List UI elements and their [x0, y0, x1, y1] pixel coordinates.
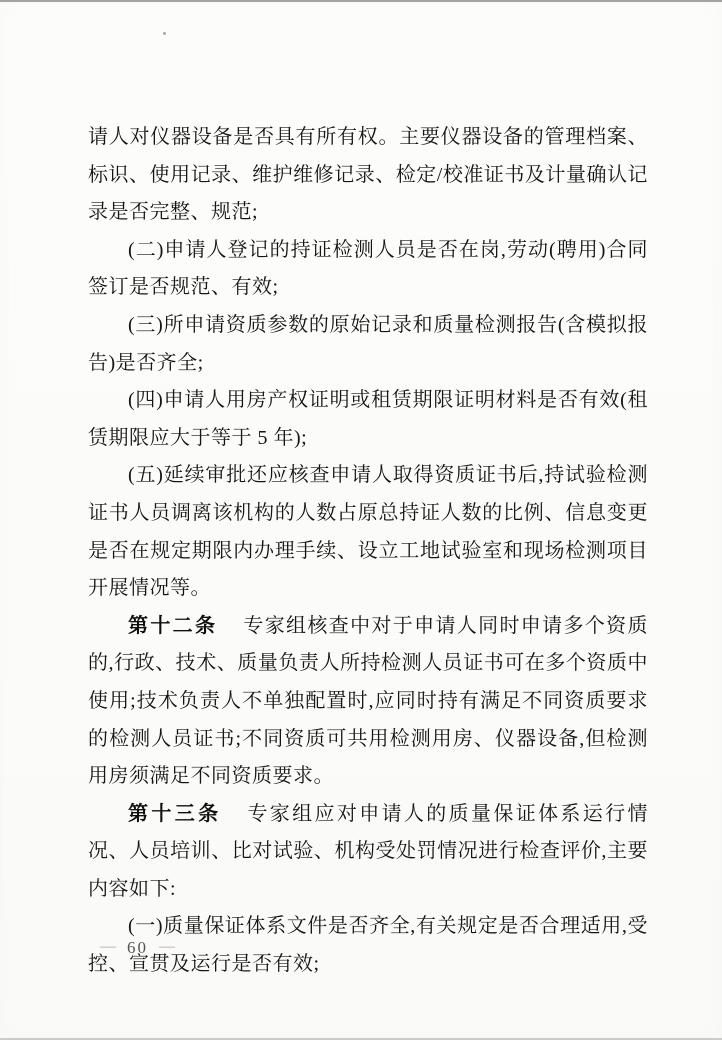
article-12-paragraph: 第十二条专家组核查中对于申请人同时申请多个资质的,行政、技术、质量负责人所持检测…: [88, 608, 648, 796]
document-text-block: 请人对仪器设备是否具有所有权。主要仪器设备的管理档案、标识、使用记录、维护维修记…: [88, 119, 648, 984]
clause-item-4: (四)申请人用房产权证明或租赁期限证明材料是否有效(租赁期限应大于等于 5 年)…: [88, 382, 648, 457]
scan-speck: [163, 32, 166, 35]
article-12-text: 专家组核查中对于申请人同时申请多个资质的,行政、技术、质量负责人所持检测人员证书…: [88, 615, 648, 787]
document-page: 请人对仪器设备是否具有所有权。主要仪器设备的管理档案、标识、使用记录、维护维修记…: [0, 0, 722, 1040]
article-13-number: 第十三条: [128, 803, 221, 825]
footer-dash-left: —: [100, 939, 116, 955]
footer-dash-right: —: [159, 939, 175, 955]
scan-edge-top: [0, 0, 722, 2]
article-12-number: 第十二条: [128, 615, 217, 637]
clause-item-3: (三)所申请资质参数的原始记录和质量检测报告(含模拟报告)是否齐全;: [88, 307, 648, 382]
page-number: 60: [127, 938, 148, 958]
paragraph-continuation: 请人对仪器设备是否具有所有权。主要仪器设备的管理档案、标识、使用记录、维护维修记…: [88, 119, 648, 232]
clause-item-5: (五)延续审批还应核查申请人取得资质证书后,持试验检测证书人员调离该机构的人数占…: [88, 457, 648, 607]
article-13-paragraph: 第十三条专家组应对申请人的质量保证体系运行情况、人员培训、比对试验、机构受处罚情…: [88, 796, 648, 909]
clause-item-2: (二)申请人登记的持证检测人员是否在岗,劳动(聘用)合同签订是否规范、有效;: [88, 232, 648, 307]
page-footer: — 60 —: [100, 938, 175, 958]
